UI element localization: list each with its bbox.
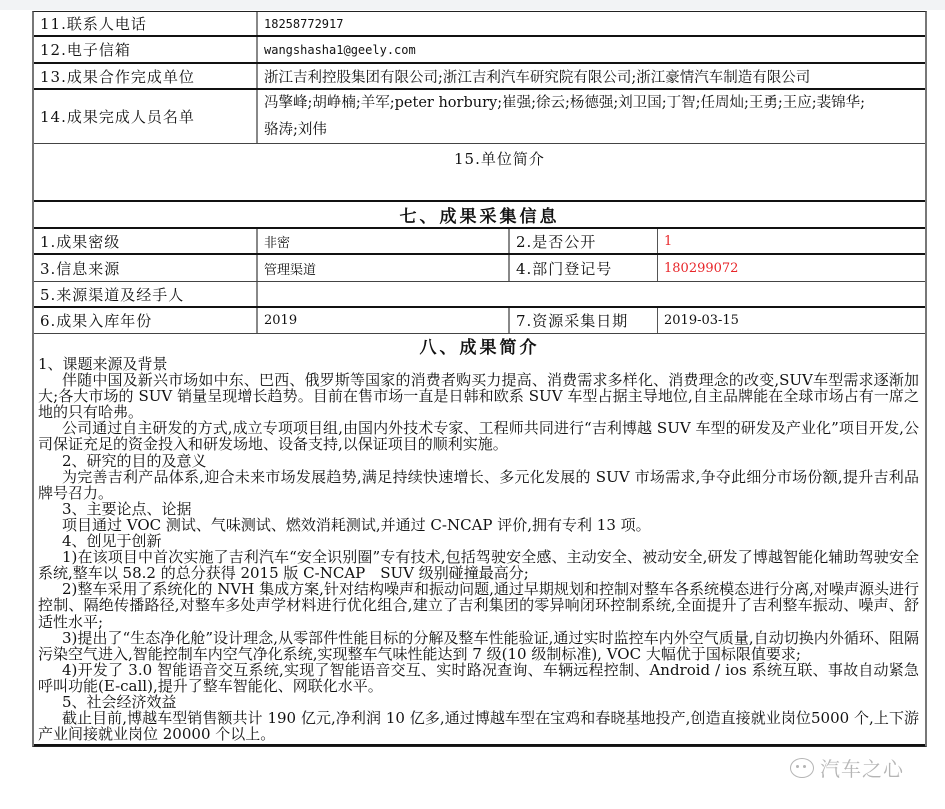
section7-title: 七、成果采集信息 — [34, 202, 925, 227]
row-members: 14.成果完成人员名单 冯擎峰;胡峥楠;羊军;peter horbury;崔强;… — [34, 90, 925, 144]
value-public: 1 — [658, 229, 925, 253]
value-collect-date: 2019-03-15 — [658, 308, 925, 333]
summary-text: 1、课题来源及背景伴随中国及新兴市场如中东、巴西、俄罗斯等国家的消费者购买力提高… — [34, 356, 925, 744]
summary-paragraph: 4)开发了 3.0 智能语音交互系统,实现了智能语音交互、实时路况查询、车辆远程… — [38, 662, 919, 694]
label-source-handler: 5.来源渠道及经手人 — [34, 282, 258, 306]
value-contact-phone: 18258772917 — [258, 12, 925, 35]
label-collect-date: 7.资源采集日期 — [510, 308, 658, 333]
summary-paragraph: 为完善吉利产品体系,迎合未来市场发展趋势,满足持续快速增长、多元化发展的 SUV… — [38, 469, 919, 501]
label-members: 14.成果完成人员名单 — [34, 90, 258, 143]
value-members: 冯擎峰;胡峥楠;羊军;peter horbury;崔强;徐云;杨德强;刘卫国;丁… — [258, 90, 925, 143]
members-line-2: 骆涛;刘伟 — [264, 117, 327, 144]
summary-heading: 3、主要论点、论据 — [38, 501, 919, 517]
summary-paragraph: 项目通过 VOC 测试、气味测试、燃效消耗测试,并通过 C-NCAP 评价,拥有… — [38, 517, 919, 533]
label-partner-units: 13.成果合作完成单位 — [34, 64, 258, 88]
label-email: 12.电子信箱 — [34, 37, 258, 62]
members-line-1: 冯擎峰;胡峥楠;羊军;peter horbury;崔强;徐云;杨德强;刘卫国;丁… — [264, 90, 865, 117]
label-unit-intro: 15.单位简介 — [454, 148, 545, 169]
label-contact-phone: 11.联系人电话 — [34, 12, 258, 35]
row-unit-intro: 15.单位简介 — [34, 144, 925, 202]
label-secret-level: 1.成果密级 — [34, 229, 258, 253]
watermark: 汽车之心 — [790, 753, 904, 782]
summary-paragraph: 截止目前,博越车型销售额共计 190 亿元,净利润 10 亿多,通过博越车型在宝… — [38, 710, 919, 742]
top-strip — [0, 0, 945, 10]
value-email: wangshasha1@geely.com — [258, 37, 925, 62]
value-secret-level: 非密 — [258, 229, 510, 253]
value-source-handler — [258, 282, 925, 306]
value-entry-year: 2019 — [258, 308, 510, 333]
value-partner-units: 浙江吉利控股集团有限公司;浙江吉利汽车研究院有限公司;浙江豪情汽车制造有限公司 — [258, 64, 925, 88]
row-partner-units: 13.成果合作完成单位 浙江吉利控股集团有限公司;浙江吉利汽车研究院有限公司;浙… — [34, 64, 925, 90]
section8-title: 八、成果简介 — [34, 334, 925, 356]
summary-heading: 1、课题来源及背景 — [38, 356, 919, 372]
summary-heading: 5、社会经济效益 — [38, 694, 919, 710]
wechat-icon — [790, 758, 814, 778]
section8: 八、成果简介 1、课题来源及背景伴随中国及新兴市场如中东、巴西、俄罗斯等国家的消… — [34, 334, 925, 746]
value-info-source: 管理渠道 — [258, 255, 510, 281]
row-s7-3: 5.来源渠道及经手人 — [34, 282, 925, 308]
summary-paragraph: 2)整车采用了系统化的 NVH 集成方案,针对结构噪声和振动问题,通过早期规划和… — [38, 581, 919, 629]
section8-body: 八、成果简介 1、课题来源及背景伴随中国及新兴市场如中东、巴西、俄罗斯等国家的消… — [34, 334, 925, 744]
row-s7-1: 1.成果密级 非密 2.是否公开 1 — [34, 229, 925, 255]
row-s7-2: 3.信息来源 管理渠道 4.部门登记号 180299072 — [34, 255, 925, 282]
summary-paragraph: 公司通过自主研发的方式,成立专项项目组,由国内外技术专家、工程师共同进行“吉利博… — [38, 420, 919, 452]
document-table: 11.联系人电话 18258772917 12.电子信箱 wangshasha1… — [32, 11, 927, 747]
summary-paragraph: 3)提出了“生态净化舱”设计理念,从零部件性能目标的分解及整车性能验证,通过实时… — [38, 630, 919, 662]
value-dept-reg-no: 180299072 — [658, 255, 925, 281]
row-s7-4: 6.成果入库年份 2019 7.资源采集日期 2019-03-15 — [34, 308, 925, 334]
summary-heading: 4、创见于创新 — [38, 533, 919, 549]
label-info-source: 3.信息来源 — [34, 255, 258, 281]
summary-heading: 2、研究的目的及意义 — [38, 453, 919, 469]
row-contact-phone: 11.联系人电话 18258772917 — [34, 12, 925, 37]
label-dept-reg-no: 4.部门登记号 — [510, 255, 658, 281]
summary-paragraph: 伴随中国及新兴市场如中东、巴西、俄罗斯等国家的消费者购买力提高、消费需求多样化、… — [38, 372, 919, 420]
label-public: 2.是否公开 — [510, 229, 658, 253]
summary-paragraph: 1)在该项目中首次实施了吉利汽车“安全识别圈”专有技术,包括驾驶安全感、主动安全… — [38, 549, 919, 581]
section7-header: 七、成果采集信息 — [34, 202, 925, 229]
watermark-text: 汽车之心 — [820, 753, 904, 782]
row-email: 12.电子信箱 wangshasha1@geely.com — [34, 37, 925, 64]
label-entry-year: 6.成果入库年份 — [34, 308, 258, 333]
